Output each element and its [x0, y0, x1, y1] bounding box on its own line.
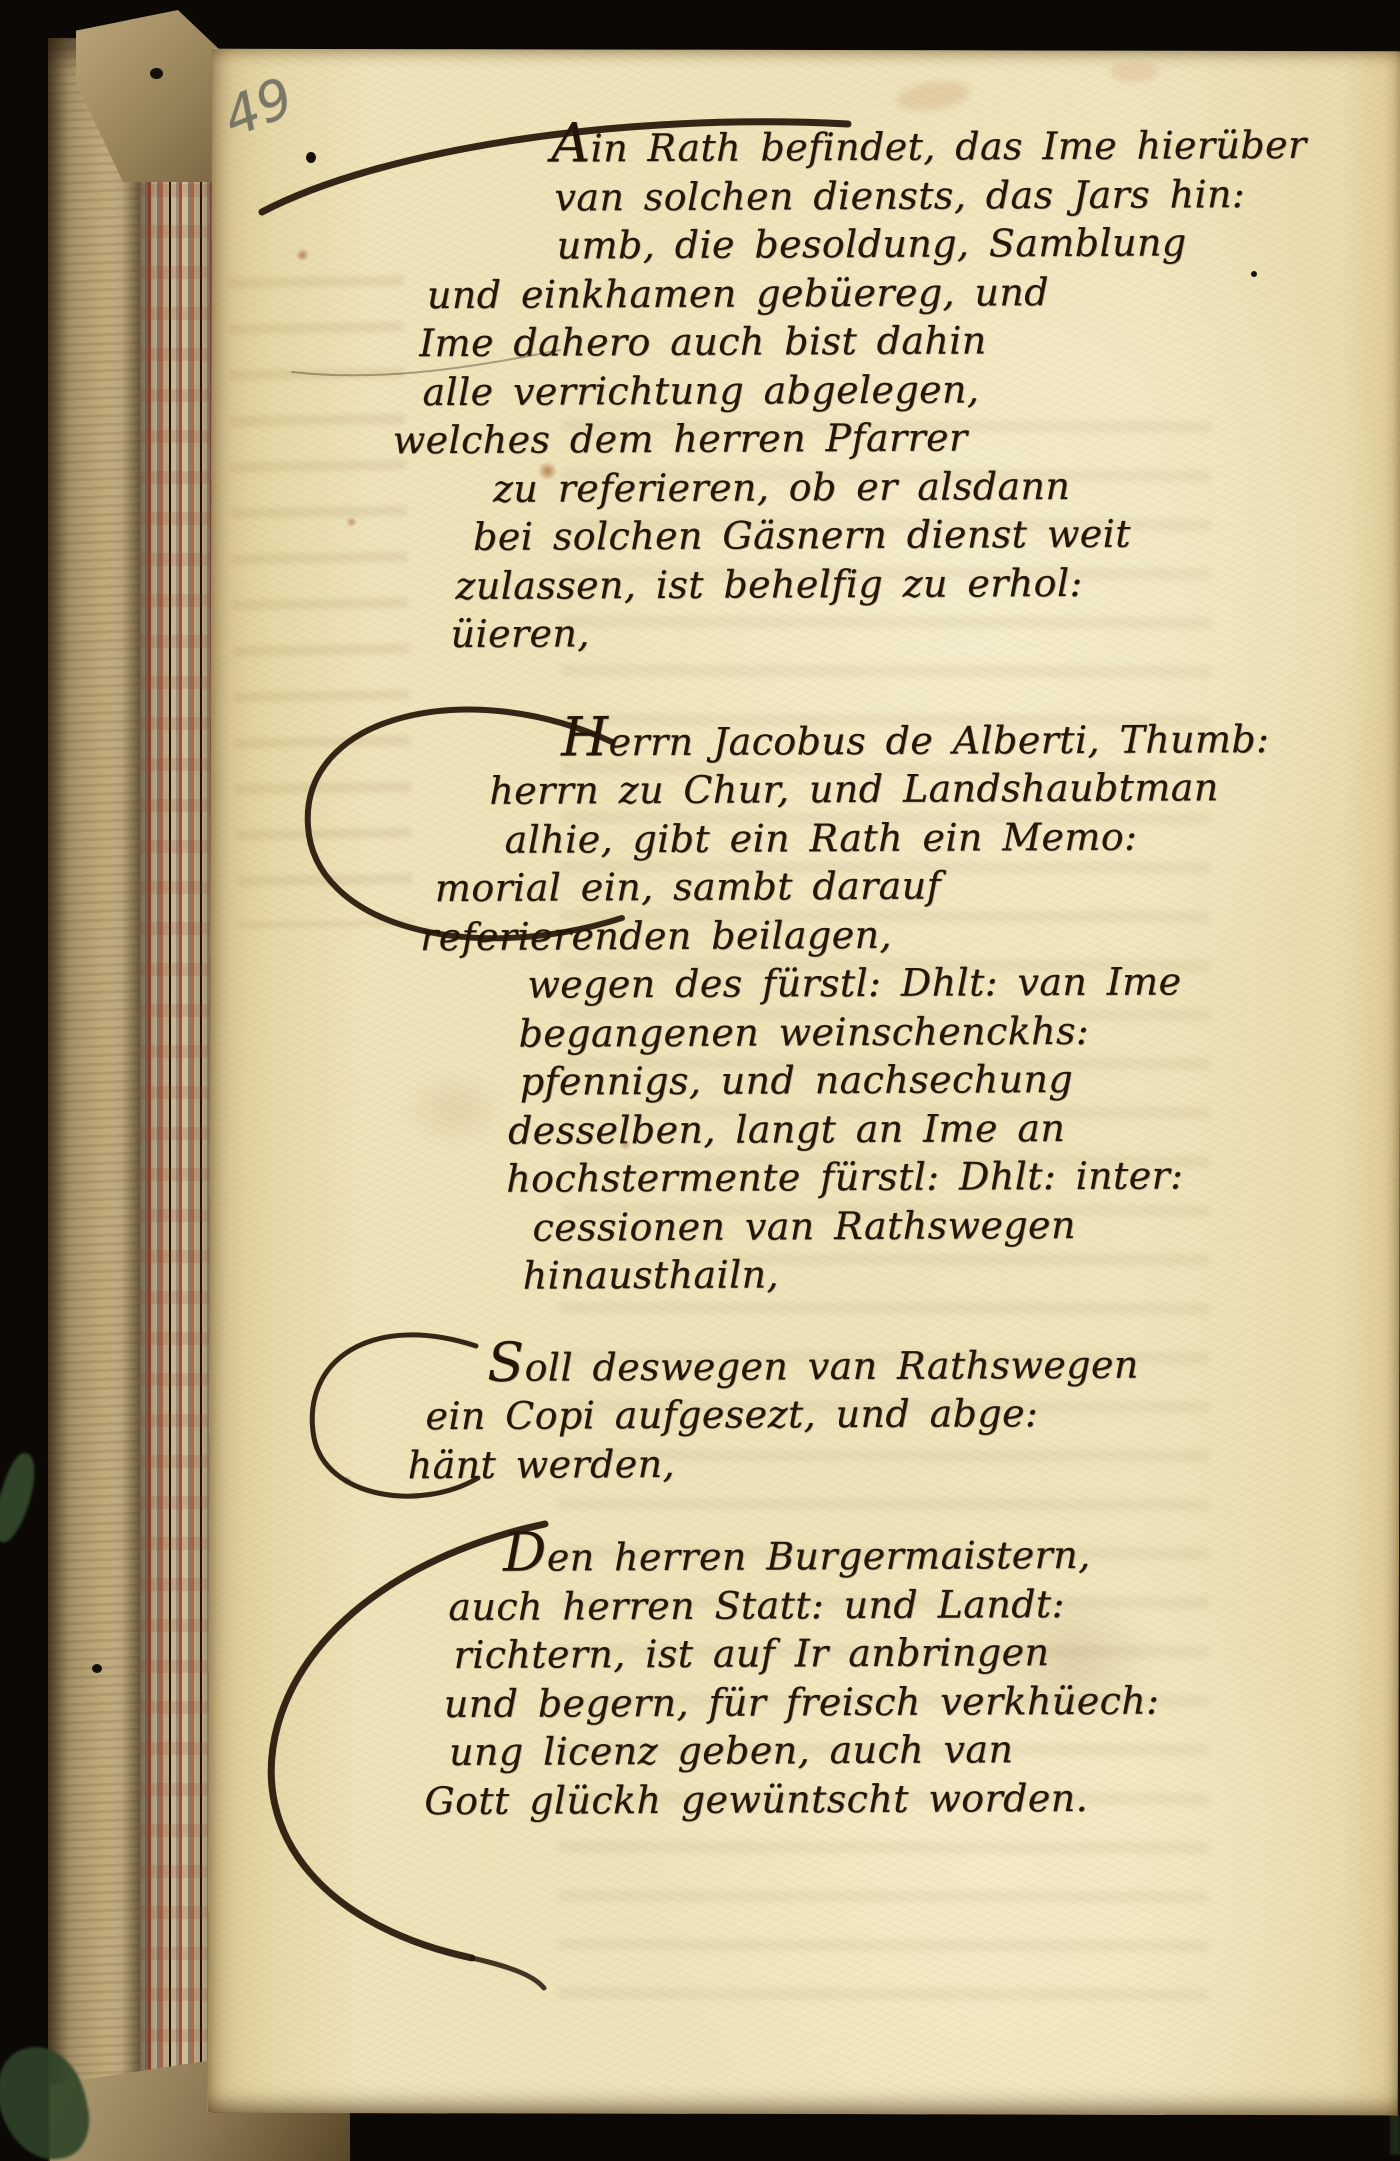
manuscript-line: üieren, [450, 606, 1293, 659]
manuscript-line: bei solchen Gäsnern dienst weit [473, 509, 1293, 562]
manuscript-line: Ime dahero auch bist dahin [419, 315, 1292, 368]
manuscript-page: 49 Ain Rath befindet, das Ime hierüberva… [208, 49, 1400, 2115]
manuscript-line: ein Copi aufgesezt, und abge: [425, 1388, 1297, 1441]
manuscript-line: Den herren Burgermaistern, [503, 1525, 1298, 1582]
manuscript-photo: 49 Ain Rath befindet, das Ime hierüberva… [0, 0, 1400, 2161]
manuscript-line: Soll deswegen van Rathswegen [487, 1334, 1297, 1391]
manuscript-line: hinausthailn, [523, 1248, 1297, 1300]
manuscript-line: wegen des fürstl: Dhlt: van Ime [527, 957, 1295, 1009]
manuscript-line: und begern, für freisch verkhüech: [444, 1675, 1299, 1728]
manuscript-line: Ain Rath befindet, das Ime hierüber [551, 116, 1291, 173]
manuscript-line: hänt werden, [408, 1436, 1298, 1489]
manuscript-line: cessionen van Rathswegen [532, 1199, 1296, 1251]
ink-bleedthrough [228, 276, 413, 929]
paragraph-4: Den herren Burgermaistern,auch herren St… [398, 1525, 1299, 1825]
manuscript-line: ung licenz geben, auch van [449, 1724, 1299, 1777]
manuscript-line: alhie, gibt ein Rath ein Memo: [504, 811, 1294, 863]
paragraph-1: Ain Rath befindet, das Ime hierübervan s… [391, 116, 1294, 659]
manuscript-line: begangenen weinschenckhs: [518, 1005, 1295, 1057]
bookmark-thread [0, 1450, 43, 1547]
manuscript-line: auch herren Statt: und Landt: [448, 1578, 1298, 1631]
manuscript-line: Gott glückh gewüntscht worden. [424, 1772, 1299, 1825]
manuscript-text: Ain Rath befindet, das Ime hierübervan s… [391, 116, 1299, 1825]
manuscript-line: hochstermente fürstl: Dhlt: inter: [506, 1151, 1296, 1203]
manuscript-line: van solchen diensts, das Jars hin: [554, 169, 1291, 221]
manuscript-line: desselben, langt an Ime an [508, 1102, 1296, 1154]
manuscript-line: referierenden beilagen, [420, 908, 1295, 961]
manuscript-line: zulassen, ist behelfig zu erhol: [455, 557, 1293, 610]
page-number: 49 [216, 70, 300, 146]
manuscript-line: zu referieren, ob er alsdann [493, 460, 1293, 512]
manuscript-line: und einkhamen gebüereg, und [427, 266, 1292, 319]
paragraph-2: Herrn Jacobus de Alberti, Thumb:herrn zu… [394, 709, 1297, 1300]
book-cover-edge [48, 38, 142, 2161]
manuscript-line: alle verrichtung abgelegen, [422, 363, 1292, 416]
manuscript-line: welches dem herren Pfarrer [393, 412, 1293, 465]
manuscript-line: umb, die besoldung, Samblung [557, 218, 1292, 270]
manuscript-line: morial ein, sambt darauf [435, 860, 1295, 913]
manuscript-line: Herrn Jacobus de Alberti, Thumb: [561, 709, 1294, 766]
manuscript-line: pfennigs, und nachsechung [520, 1054, 1296, 1106]
manuscript-line: herrn zu Chur, und Landshaubtman [489, 763, 1294, 815]
paragraph-3: Soll deswegen van Rathswegenein Copi auf… [397, 1334, 1298, 1489]
manuscript-line: richtern, ist auf Ir anbringen [453, 1627, 1298, 1680]
